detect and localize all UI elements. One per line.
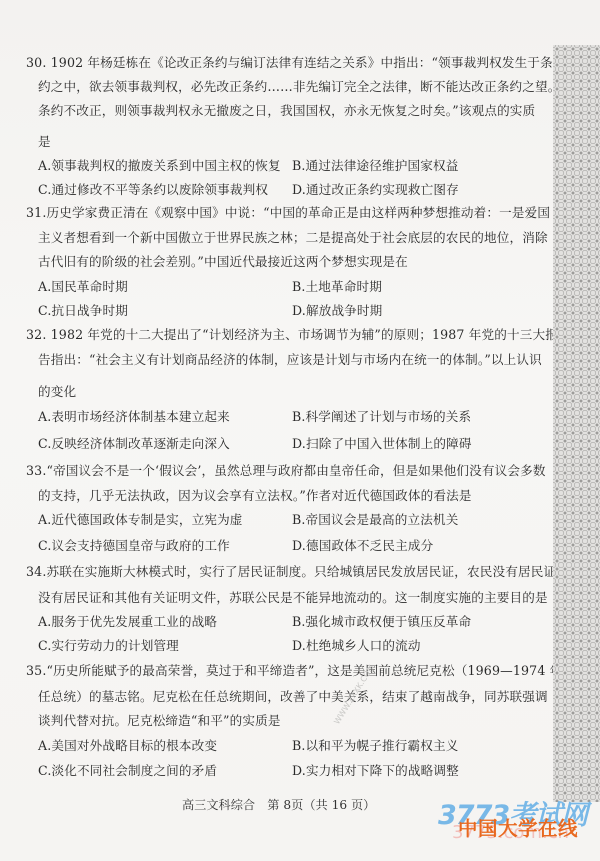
binding-pattern-strip [553, 45, 600, 802]
question-31-option-b: B.土地革命时期 [292, 279, 382, 295]
question-33-line-1: 33.“帝国议会不是一个‘假议会’，虽然总理与政府都由皇帝任命，但是如果他们没有… [26, 463, 546, 479]
question-34-line-2: 没有居民证和其他有关证明文件，苏联公民是不能异地流动的。这一制度实施的主要目的是 [38, 590, 548, 606]
question-35-line-2: 任总统）的墓志铭。尼克松在任总统期间，改善了中美关系，结束了越南战争，同苏联强调 [38, 689, 548, 705]
question-34-option-c: C.实行劳动力的计划管理 [38, 638, 179, 654]
question-33-option-b: B.帝国议会是最高的立法机关 [292, 512, 458, 528]
question-32-option-a: A.表明市场经济体制基本建立起来 [38, 409, 230, 425]
question-31-option-d: D.解放战争时期 [292, 303, 382, 319]
question-32-option-d: D.扫除了中国入世体制上的障碍 [292, 436, 472, 452]
exam-page: 30. 1902 年杨廷栋在《论改正条约与编订法律有连结之关系》中指出：“领事裁… [0, 0, 600, 861]
question-32-line-3: 的变化 [38, 384, 76, 400]
question-31-option-a: A.国民革命时期 [38, 279, 128, 295]
watermark-site-name: 中国大学在线 [458, 813, 578, 841]
question-34-line-1: 34.苏联在实施斯大林模式时，实行了居民证制度。只给城镇居民发放居民证，农民没有… [26, 564, 569, 580]
question-30-option-a: A.领事裁判权的撤废关系到中国主权的恢复 [38, 158, 281, 174]
question-33-line-2: 的支持，几乎无法执政，因为议会享有立法权。”作者对近代德国政体的看法是 [38, 488, 472, 504]
question-35-line-1: 35.“历史所能赋予的最高荣誉，莫过于和平缔造者”，这是美国前总统尼克松（196… [26, 663, 562, 679]
question-33-option-c: C.议会支持德国皇帝与政府的工作 [38, 538, 230, 554]
question-30-line-4: 是 [38, 134, 51, 150]
question-35-option-b: B.以和平为幌子推行霸权主义 [292, 738, 458, 754]
question-32-option-c: C.反映经济体制改革逐渐走向深入 [38, 436, 230, 452]
question-34-option-a: A.服务于优先发展重工业的战略 [38, 614, 217, 630]
question-33-option-d: D.德国政体不乏民主成分 [292, 538, 433, 554]
question-34-option-d: D.杜绝城乡人口的流动 [292, 638, 421, 654]
question-30-line-3: 条约不改正，则领事裁判权永无撤废之日，我国国权，亦永无恢复之时矣。”该观点的实质 [38, 103, 535, 119]
question-34-option-b: B.强化城市政权便于镇压反革命 [292, 614, 471, 630]
question-33-option-a: A.近代德国政体专制是实，立宪为虚 [38, 512, 243, 528]
question-35-option-c: C.淡化不同社会制度之间的矛盾 [38, 763, 217, 779]
question-30-option-b: B.通过法律途径维护国家权益 [292, 158, 458, 174]
question-30-option-d: D.通过改正条约实现救亡图存 [292, 182, 459, 198]
question-32-line-1: 32. 1982 年党的十二大提出了“计划经济为主、市场调节为辅”的原则；198… [26, 327, 558, 343]
question-31-line-3: 古代旧有的阶级的社会差别。”中国近代最接近这两个梦想实现是在 [38, 254, 408, 270]
question-30-line-1: 30. 1902 年杨廷栋在《论改正条约与编订法律有连结之关系》中指出：“领事裁… [26, 55, 553, 71]
question-31-option-c: C.抗日战争时期 [38, 303, 128, 319]
question-31-line-2: 主义者想看到一个新中国傲立于世界民族之林；二是提高处于社会底层的农民的地位，消除 [38, 230, 548, 246]
question-32-line-2: 告指出：“社会主义有计划商品经济的体制，应该是计划与市场内在统一的体制。”以上认… [38, 352, 542, 368]
question-31-line-1: 31.历史学家费正清在《观察中国》中说：“中国的革命正是由这样两种梦想推动着：一… [26, 205, 550, 221]
question-32-option-b: B.科学阐述了计划与市场的关系 [292, 409, 471, 425]
question-35-option-a: A.美国对外战略目标的根本改变 [38, 738, 217, 754]
question-30-line-2: 约之中，欲去领事裁判权，必先改正条约……非先编订完全之法律，断不能达改正条约之望… [38, 79, 561, 95]
question-35-option-d: D.实力相对下降下的战略调整 [292, 763, 459, 779]
question-35-line-3: 谈判代替对抗。尼克松缔造“和平”的实质是 [38, 713, 281, 729]
question-30-option-c: C.通过修改不平等条约以废除领事裁判权 [38, 182, 268, 198]
page-footer: 高三文科综合 第 8页（共 16 页） [182, 796, 375, 813]
